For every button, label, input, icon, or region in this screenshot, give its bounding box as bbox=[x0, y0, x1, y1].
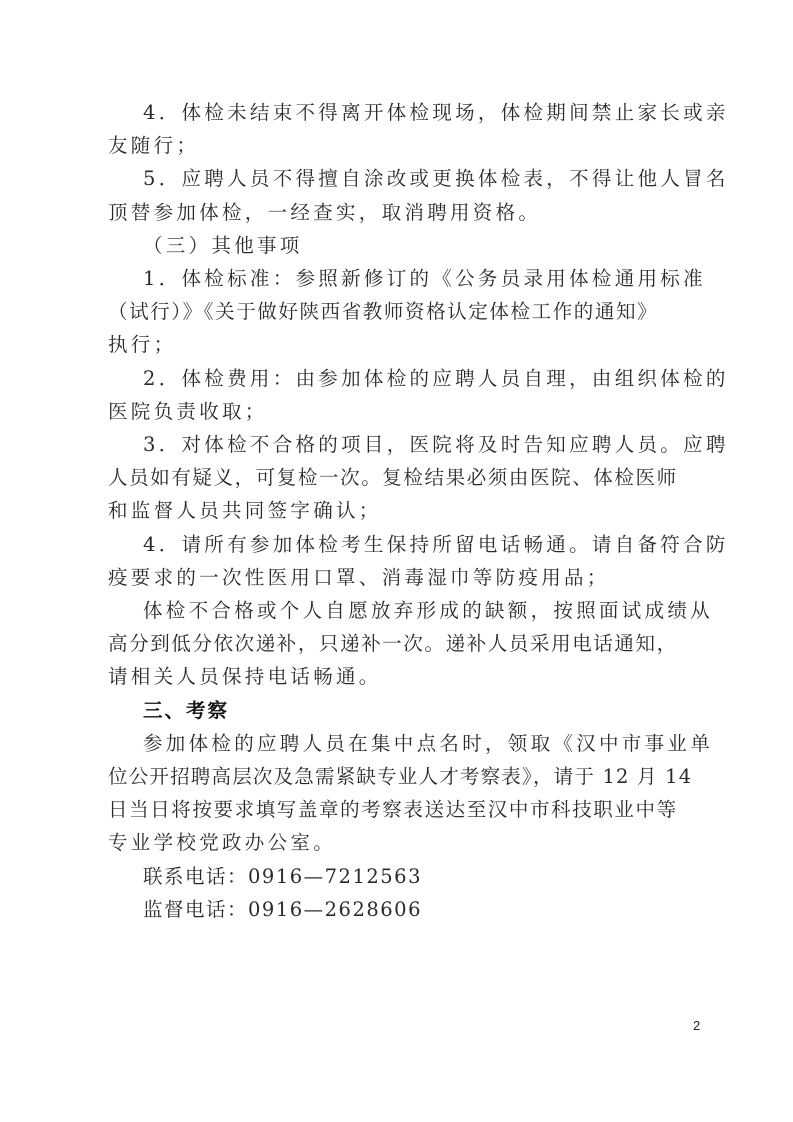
page-number: 2 bbox=[693, 1018, 700, 1033]
text-line-fees: 2．体检费用：由参加体检的应聘人员自理，由组织体检的 bbox=[108, 362, 694, 395]
text-line-phone-mask: 4．请所有参加体检考生保持所留电话畅通。请自备符合防 bbox=[108, 528, 694, 561]
text-line: 疫要求的一次性医用口罩、消毒湿巾等防疫用品； bbox=[108, 561, 694, 594]
text-line: 友随行； bbox=[108, 129, 694, 162]
text-line-vacancy: 体检不合格或个人自愿放弃形成的缺额，按照面试成绩从 bbox=[108, 594, 694, 627]
text-line-standard: 1．体检标准：参照新修订的《公务员录用体检通用标准 bbox=[108, 262, 694, 295]
text-line: 日当日将按要求填写盖章的考察表送达至汉中市科技职业中等 bbox=[108, 793, 694, 826]
text-line: 和监督人员共同签字确认； bbox=[108, 494, 694, 527]
text-line: 位公开招聘高层次及急需紧缺专业人才考察表》，请于 12 月 14 bbox=[108, 760, 694, 793]
subsection-heading-other-matters: （三）其他事项 bbox=[108, 229, 694, 262]
text-line: 请相关人员保持电话畅通。 bbox=[108, 660, 694, 693]
text-line-recheck: 3．对体检不合格的项目，医院将及时告知应聘人员。应聘 bbox=[108, 428, 694, 461]
contact-phone: 联系电话：0916—7212563 bbox=[108, 860, 694, 893]
text-line: 人员如有疑义，可复检一次。复检结果必须由医院、体检医师 bbox=[108, 461, 694, 494]
text-line-health-check-rule-4: 4．体检未结束不得离开体检现场，体检期间禁止家长或亲 bbox=[108, 96, 694, 129]
section-heading-inspection: 三、考察 bbox=[108, 694, 694, 727]
text-line: 医院负责收取； bbox=[108, 395, 694, 428]
document-page: 4．体检未结束不得离开体检现场，体检期间禁止家长或亲 友随行； 5．应聘人员不得… bbox=[0, 0, 793, 1122]
text-line: 执行； bbox=[108, 328, 694, 361]
document-body: 4．体检未结束不得离开体检现场，体检期间禁止家长或亲 友随行； 5．应聘人员不得… bbox=[108, 96, 694, 926]
text-line: 专业学校党政办公室。 bbox=[108, 826, 694, 859]
text-line-inspection: 参加体检的应聘人员在集中点名时，领取《汉中市事业单 bbox=[108, 727, 694, 760]
text-line: 高分到低分依次递补，只递补一次。递补人员采用电话通知， bbox=[108, 627, 694, 660]
text-line-health-check-rule-5: 5．应聘人员不得擅自涂改或更换体检表，不得让他人冒名 bbox=[108, 162, 694, 195]
text-line: 顶替参加体检，一经查实，取消聘用资格。 bbox=[108, 196, 694, 229]
supervision-phone: 监督电话：0916—2628606 bbox=[108, 893, 694, 926]
text-line: （试行）》《关于做好陕西省教师资格认定体检工作的通知》 bbox=[108, 295, 694, 328]
